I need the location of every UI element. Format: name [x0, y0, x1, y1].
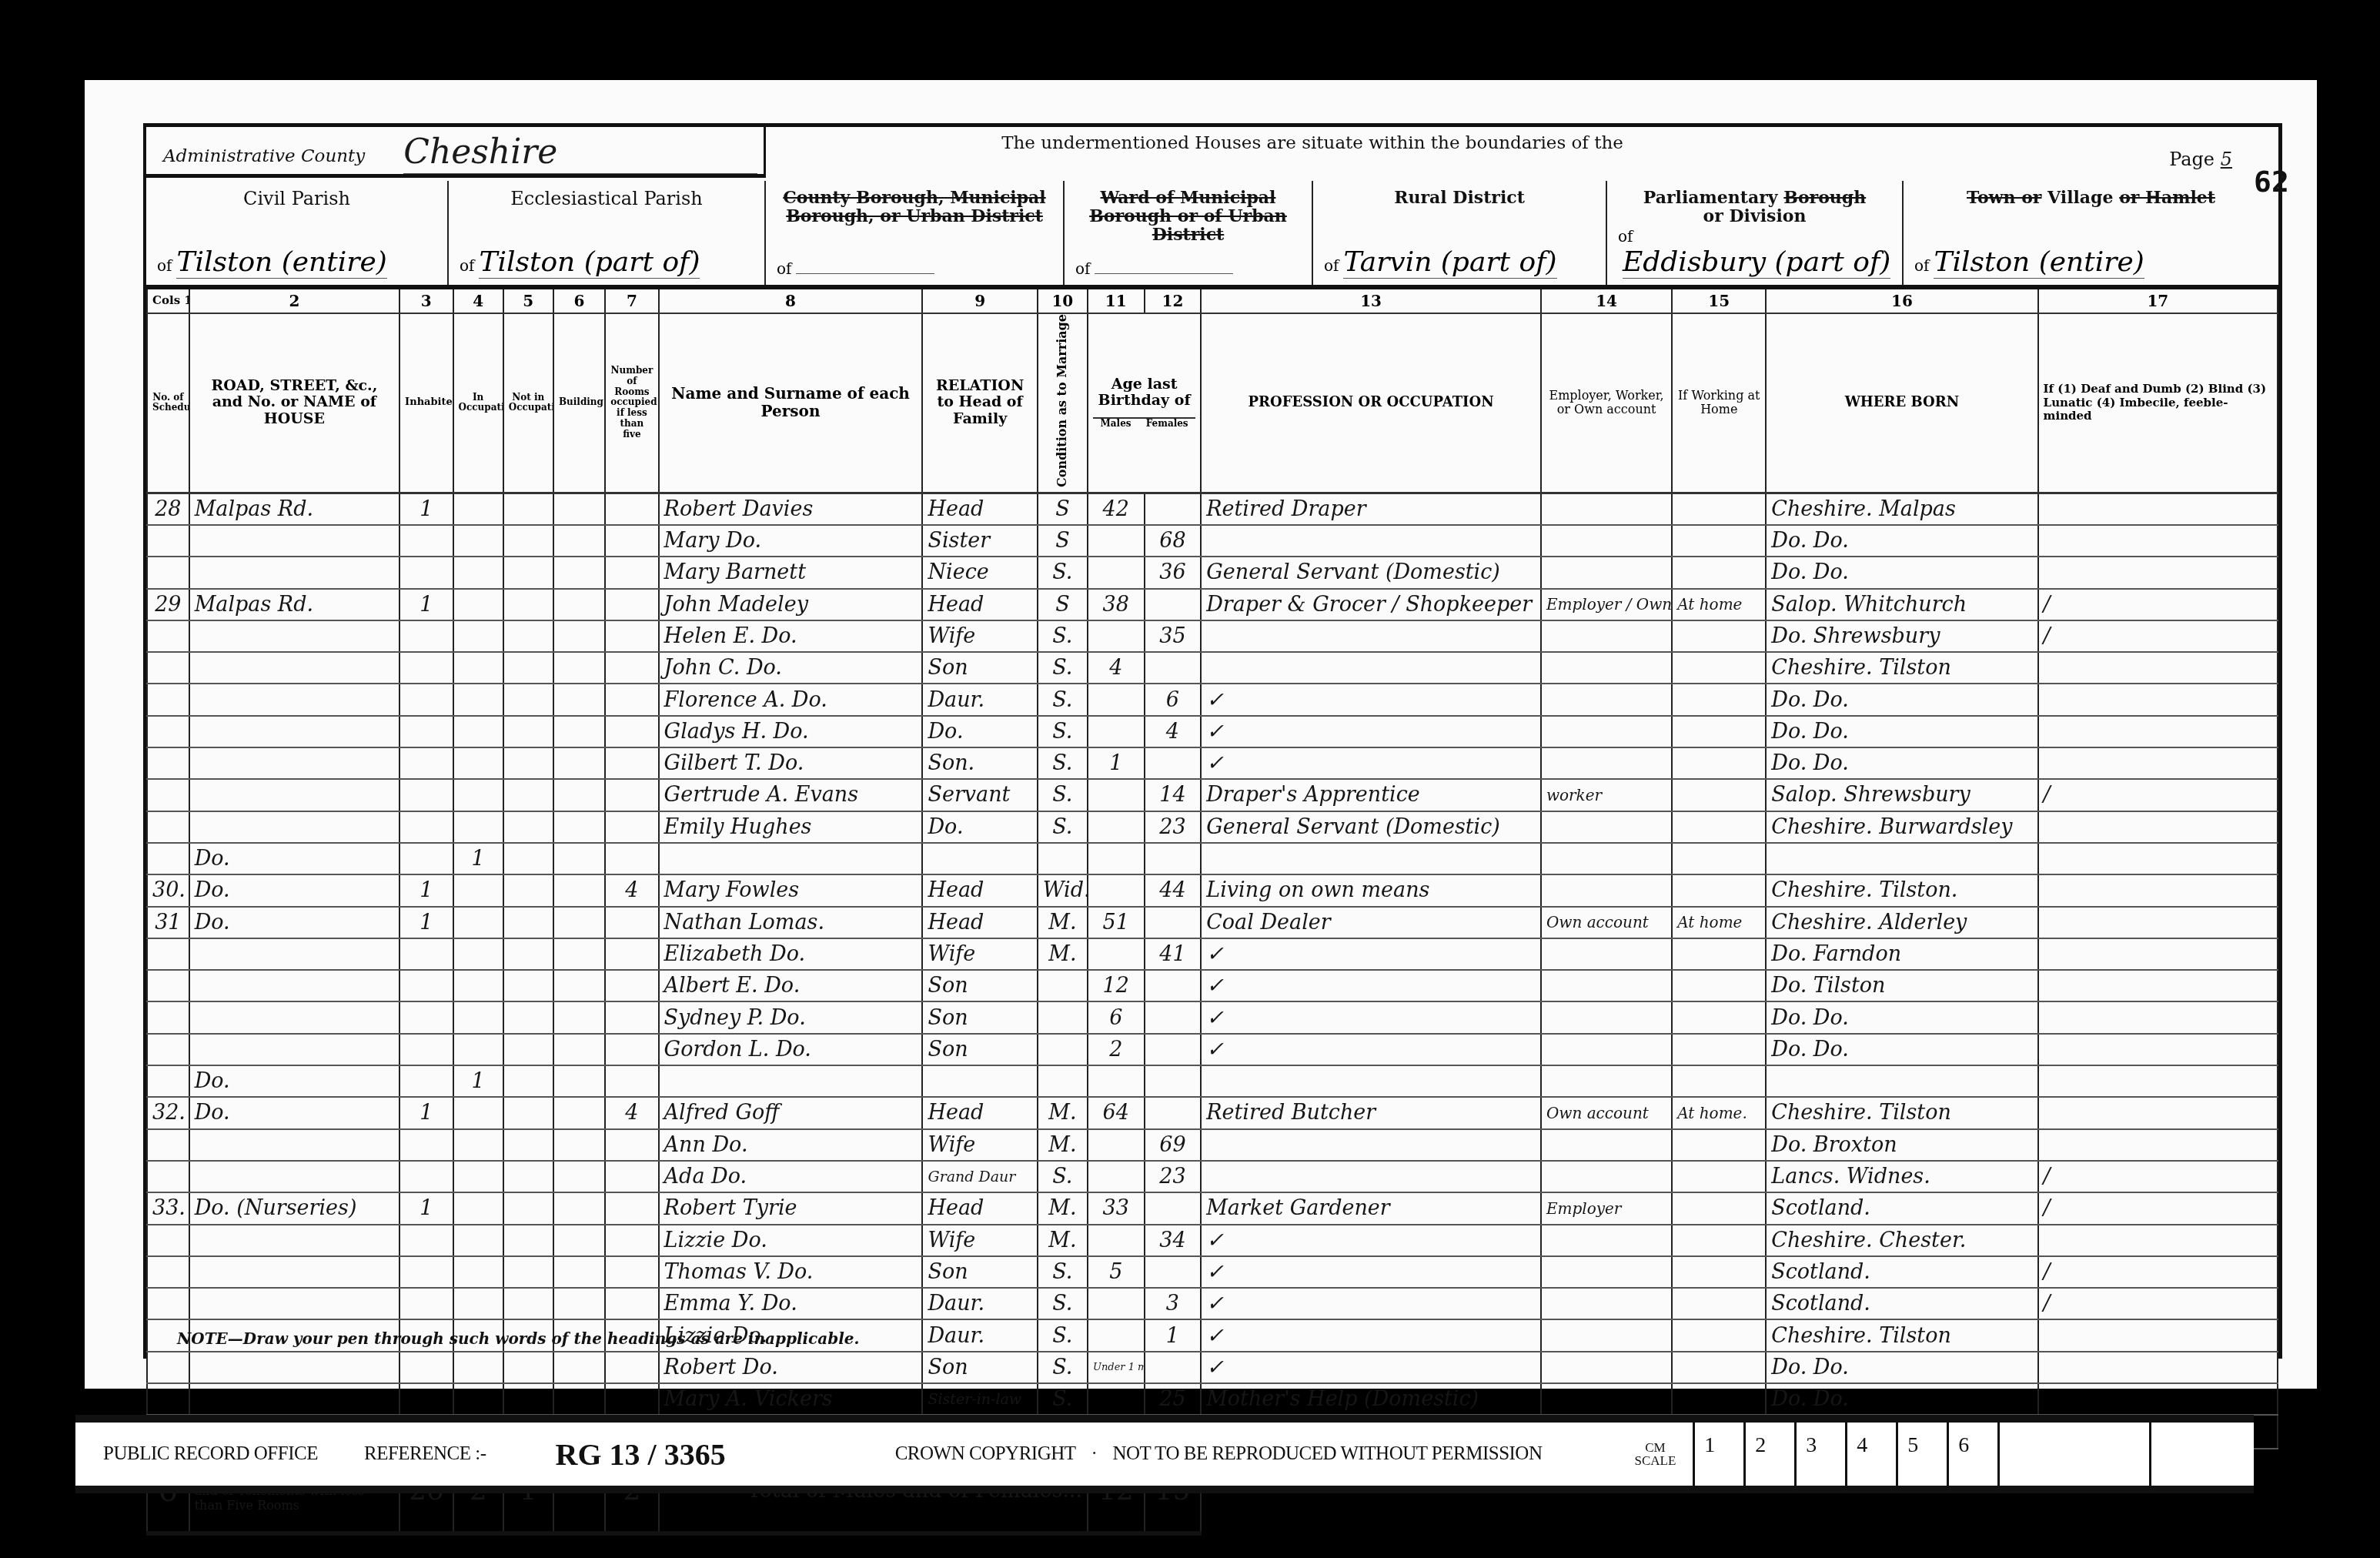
uninhabited-not-in-occupation	[503, 589, 553, 620]
uninhabited-not-in-occupation	[503, 843, 553, 874]
road-address: Do.	[189, 907, 399, 938]
employment-status	[1541, 525, 1672, 557]
footer-office: PUBLIC RECORD OFFICE	[103, 1443, 318, 1465]
uninhabited-not-in-occupation	[503, 1129, 553, 1161]
infirmity	[2038, 970, 2278, 1001]
age-male	[1088, 525, 1145, 557]
occupation: ✓	[1201, 1288, 1541, 1319]
birthplace: Do. Do.	[1766, 525, 2037, 557]
schedule-number: 28	[147, 493, 189, 525]
col-number: 11	[1088, 289, 1145, 313]
occupation: ✓	[1201, 684, 1541, 715]
schedule-number	[147, 1001, 189, 1033]
birthplace: Do. Farndon	[1766, 938, 2037, 970]
form-note: NOTE—Draw your pen through such words of…	[177, 1329, 860, 1348]
uninhabited-in-occupation	[453, 589, 503, 620]
marital-condition: S	[1038, 525, 1088, 557]
occupation	[1201, 1129, 1541, 1161]
header-rooms: Number of Rooms occupied if less than fi…	[605, 313, 658, 493]
infirmity	[2038, 684, 2278, 715]
area-ecclesiastical-parish: Ecclesiastical Parish ofTilston (part of…	[449, 181, 766, 285]
employment-status: Employer / Own account	[1541, 589, 1672, 620]
census-table: Cols 1 2 3 4 5 6 7 8 9 10 11 12 13 14 15…	[146, 289, 2278, 1536]
road-address	[189, 557, 399, 588]
birthplace: Do. Do.	[1766, 716, 2037, 747]
age-male	[1088, 1161, 1145, 1192]
birthplace: Scotland.	[1766, 1288, 2037, 1319]
header-occupation: PROFESSION OR OCCUPATION	[1201, 313, 1541, 493]
occupation: ✓	[1201, 1034, 1541, 1065]
birthplace: Do. Do.	[1766, 747, 2037, 779]
header-age: Age last Birthday of Males Females	[1088, 313, 1201, 493]
rooms-count	[605, 1129, 658, 1161]
column-numbers-row: Cols 1 2 3 4 5 6 7 8 9 10 11 12 13 14 15…	[147, 289, 2278, 313]
header-males: Males	[1101, 419, 1132, 430]
schedule-number	[147, 652, 189, 684]
employment-status	[1541, 493, 1672, 525]
archive-footer: PUBLIC RECORD OFFICE REFERENCE :- RG 13 …	[75, 1415, 2254, 1493]
occupation: Mother's Help (Domestic)	[1201, 1383, 1541, 1415]
age-female: 1	[1145, 1319, 1202, 1351]
col-number: 6	[553, 289, 605, 313]
relation-to-head: Wife	[922, 1129, 1037, 1161]
person-name: Elizabeth Do.	[659, 938, 923, 970]
employment-status	[1541, 1352, 1672, 1383]
houses-building	[553, 907, 605, 938]
uninhabited-not-in-occupation	[503, 779, 553, 811]
table-row: 29Malpas Rd.1John MadeleyHeadS38Draper &…	[147, 589, 2278, 620]
working-at-home	[1672, 652, 1766, 684]
table-row: Lizzie Do.WifeM.34✓Cheshire. Chester.	[147, 1225, 2278, 1256]
employment-status	[1541, 811, 1672, 843]
houses-inhabited	[399, 1352, 453, 1383]
age-female: 36	[1145, 557, 1202, 588]
age-female: 35	[1145, 620, 1202, 652]
age-female	[1145, 1097, 1202, 1128]
houses-inhabited	[399, 938, 453, 970]
scale-mark: 1	[1693, 1423, 1743, 1486]
relation-to-head: Head	[922, 874, 1037, 906]
page-label: Page	[2169, 149, 2215, 170]
birthplace: Do. Do.	[1766, 1001, 2037, 1033]
marital-condition: S.	[1038, 1383, 1088, 1415]
employment-status	[1541, 1256, 1672, 1288]
table-row: 30.Do.14Mary FowlesHeadWid.44Living on o…	[147, 874, 2278, 906]
houses-building	[553, 747, 605, 779]
houses-inhabited	[399, 684, 453, 715]
houses-building	[553, 684, 605, 715]
employment-status	[1541, 843, 1672, 874]
scale-label-scale: SCALE	[1634, 1454, 1676, 1467]
road-address	[189, 525, 399, 557]
age-female: 44	[1145, 874, 1202, 906]
person-name: Mary A. Vickers	[659, 1383, 923, 1415]
birthplace: Cheshire. Alderley	[1766, 907, 2037, 938]
infirmity	[2038, 1065, 2278, 1097]
uninhabited-in-occupation	[453, 493, 503, 525]
header-relation: RELATION to Head of Family	[922, 313, 1037, 493]
header-road: ROAD, STREET, &c., and No. or NAME of HO…	[189, 313, 399, 493]
houses-inhabited	[399, 811, 453, 843]
age-female	[1145, 843, 1202, 874]
houses-inhabited: 1	[399, 1192, 453, 1224]
infirmity	[2038, 557, 2278, 588]
schedule-number	[147, 779, 189, 811]
col-number: 5	[503, 289, 553, 313]
birthplace: Do. Shrewsbury	[1766, 620, 2037, 652]
table-row: Gertrude A. EvansServantS.14Draper's App…	[147, 779, 2278, 811]
occupation: Market Gardener	[1201, 1192, 1541, 1224]
uninhabited-in-occupation	[453, 557, 503, 588]
marital-condition: S.	[1038, 747, 1088, 779]
infirmity: /	[2038, 779, 2278, 811]
person-name: John C. Do.	[659, 652, 923, 684]
occupation: Retired Draper	[1201, 493, 1541, 525]
uninhabited-not-in-occupation	[503, 938, 553, 970]
age-male	[1088, 1383, 1145, 1415]
intro-sentence: The undermentioned Houses are situate wi…	[1001, 133, 1623, 153]
employment-status: Employer	[1541, 1192, 1672, 1224]
cm-scale: 1 2 3 4 5 6	[1693, 1423, 2151, 1486]
schedule-number: 33.	[147, 1192, 189, 1224]
relation-to-head: Son	[922, 970, 1037, 1001]
relation-to-head: Head	[922, 907, 1037, 938]
birthplace: Cheshire. Tilston	[1766, 1319, 2037, 1351]
birthplace: Cheshire. Tilston	[1766, 652, 2037, 684]
schedule-number	[147, 1288, 189, 1319]
employment-status: Own account	[1541, 907, 1672, 938]
road-address	[189, 1352, 399, 1383]
age-female	[1145, 1256, 1202, 1288]
birthplace: Cheshire. Tilston.	[1766, 874, 2037, 906]
employment-status	[1541, 620, 1672, 652]
occupation: Draper & Grocer / Shopkeeper	[1201, 589, 1541, 620]
infirmity: /	[2038, 1161, 2278, 1192]
uninhabited-not-in-occupation	[503, 716, 553, 747]
rooms-count	[605, 620, 658, 652]
age-female: 69	[1145, 1129, 1202, 1161]
person-name: Thomas V. Do.	[659, 1256, 923, 1288]
age-female: 14	[1145, 779, 1202, 811]
road-address: Do.	[189, 1097, 399, 1128]
employment-status	[1541, 1065, 1672, 1097]
marital-condition	[1038, 1034, 1088, 1065]
marital-condition: S.	[1038, 1288, 1088, 1319]
age-female	[1145, 1192, 1202, 1224]
table-row: 31Do.1Nathan Lomas.HeadM.51Coal DealerOw…	[147, 907, 2278, 938]
birthplace: Salop. Shrewsbury	[1766, 779, 2037, 811]
road-address	[189, 811, 399, 843]
rooms-count	[605, 970, 658, 1001]
houses-building	[553, 1129, 605, 1161]
area-county-borough: County Borough, Municipal Borough, or Ur…	[766, 181, 1065, 285]
working-at-home	[1672, 493, 1766, 525]
houses-building	[553, 1288, 605, 1319]
houses-inhabited	[399, 1383, 453, 1415]
occupation: ✓	[1201, 716, 1541, 747]
area-value	[1095, 273, 1233, 274]
area-label: Ecclesiastical Parish	[449, 189, 764, 209]
uninhabited-in-occupation	[453, 811, 503, 843]
working-at-home	[1672, 1161, 1766, 1192]
marital-condition: S.	[1038, 811, 1088, 843]
age-female	[1145, 1065, 1202, 1097]
person-name: Emily Hughes	[659, 811, 923, 843]
marital-condition: S	[1038, 493, 1088, 525]
age-female: 23	[1145, 1161, 1202, 1192]
col-number: 2	[189, 289, 399, 313]
occupation: ✓	[1201, 1352, 1541, 1383]
working-at-home	[1672, 1288, 1766, 1319]
uninhabited-not-in-occupation	[503, 970, 553, 1001]
infirmity	[2038, 811, 2278, 843]
header-in-occupation: In Occupation.	[453, 313, 503, 493]
col-number: 8	[659, 289, 923, 313]
road-address	[189, 1161, 399, 1192]
person-name: Robert Davies	[659, 493, 923, 525]
working-at-home: At home.	[1672, 1097, 1766, 1128]
uninhabited-not-in-occupation	[503, 557, 553, 588]
houses-inhabited	[399, 1225, 453, 1256]
houses-building	[553, 620, 605, 652]
boundary-areas: Civil Parish ofTilston (entire) Ecclesia…	[146, 181, 2278, 289]
houses-building	[553, 557, 605, 588]
road-address: Malpas Rd.	[189, 589, 399, 620]
marital-condition	[1038, 1001, 1088, 1033]
relation-to-head: Do.	[922, 716, 1037, 747]
age-male: 6	[1088, 1001, 1145, 1033]
employment-status	[1541, 652, 1672, 684]
rooms-count	[605, 1065, 658, 1097]
working-at-home	[1672, 1352, 1766, 1383]
age-female	[1145, 907, 1202, 938]
occupation: Retired Butcher	[1201, 1097, 1541, 1128]
uninhabited-not-in-occupation	[503, 747, 553, 779]
birthplace: Salop. Whitchurch	[1766, 589, 2037, 620]
infirmity	[2038, 1034, 2278, 1065]
person-name: Sydney P. Do.	[659, 1001, 923, 1033]
age-male: 5	[1088, 1256, 1145, 1288]
area-label: County Borough, Municipal Borough, or Ur…	[766, 189, 1063, 226]
marital-condition: S.	[1038, 684, 1088, 715]
scale-blank	[1997, 1423, 2151, 1486]
occupation: General Servant (Domestic)	[1201, 811, 1541, 843]
houses-building	[553, 874, 605, 906]
marital-condition: M.	[1038, 1129, 1088, 1161]
schedule-number: 32.	[147, 1097, 189, 1128]
area-of: of	[1618, 227, 1633, 246]
relation-to-head: Son	[922, 1034, 1037, 1065]
road-address: Malpas Rd.	[189, 493, 399, 525]
employment-status	[1541, 557, 1672, 588]
age-male	[1088, 620, 1145, 652]
footer-reference-label: REFERENCE :-	[364, 1443, 486, 1465]
area-value: Eddisbury (part of)	[1623, 246, 1890, 279]
road-address	[189, 1288, 399, 1319]
working-at-home: At home	[1672, 589, 1766, 620]
road-address	[189, 652, 399, 684]
rooms-count	[605, 525, 658, 557]
footer-reference: RG 13 / 3365	[556, 1436, 726, 1473]
area-of: of	[777, 259, 791, 278]
houses-inhabited: 1	[399, 1097, 453, 1128]
table-row: Emma Y. Do.Daur.S.3✓Scotland./	[147, 1288, 2278, 1319]
employment-status	[1541, 938, 1672, 970]
relation-to-head: Head	[922, 493, 1037, 525]
relation-to-head: Sister-in-law	[922, 1383, 1037, 1415]
birthplace	[1766, 1065, 2037, 1097]
header-condition: Condition as to Marriage	[1055, 314, 1069, 487]
uninhabited-not-in-occupation	[503, 1001, 553, 1033]
relation-to-head	[922, 843, 1037, 874]
schedule-number	[147, 557, 189, 588]
person-name: Mary Do.	[659, 525, 923, 557]
area-label: Town or Village or Hamlet	[1904, 189, 2278, 207]
marital-condition: S.	[1038, 1319, 1088, 1351]
schedule-number: 31	[147, 907, 189, 938]
uninhabited-in-occupation	[453, 1129, 503, 1161]
schedule-number	[147, 1225, 189, 1256]
uninhabited-not-in-occupation	[503, 1065, 553, 1097]
road-address	[189, 1001, 399, 1033]
houses-inhabited	[399, 970, 453, 1001]
employment-status	[1541, 747, 1672, 779]
road-address	[189, 938, 399, 970]
uninhabited-not-in-occupation	[503, 493, 553, 525]
header-schedule: No. of Schedule	[147, 313, 189, 493]
header-birthplace: WHERE BORN	[1766, 313, 2037, 493]
rooms-count	[605, 1352, 658, 1383]
uninhabited-not-in-occupation	[503, 525, 553, 557]
working-at-home	[1672, 1225, 1766, 1256]
road-address	[189, 1256, 399, 1288]
area-value: Tarvin (part of)	[1343, 246, 1556, 279]
employment-status	[1541, 684, 1672, 715]
houses-inhabited: 1	[399, 874, 453, 906]
houses-inhabited	[399, 716, 453, 747]
age-male: 38	[1088, 589, 1145, 620]
birthplace: Do. Broxton	[1766, 1129, 2037, 1161]
age-male: 33	[1088, 1192, 1145, 1224]
birthplace: Do. Do.	[1766, 1034, 2037, 1065]
age-male	[1088, 1065, 1145, 1097]
houses-building	[553, 1225, 605, 1256]
uninhabited-in-occupation	[453, 1192, 503, 1224]
marital-condition: S.	[1038, 1352, 1088, 1383]
area-label: Ward of Municipal Borough or of Urban Di…	[1065, 189, 1312, 245]
area-parliamentary-division: Parliamentary Borough or Division ofEddi…	[1607, 181, 1904, 285]
road-address	[189, 1034, 399, 1065]
infirmity	[2038, 1097, 2278, 1128]
infirmity	[2038, 874, 2278, 906]
uninhabited-in-occupation	[453, 1034, 503, 1065]
table-row: Albert E. Do.Son12✓Do. Tilston	[147, 970, 2278, 1001]
col-number: 15	[1672, 289, 1766, 313]
rooms-count	[605, 493, 658, 525]
age-male: 12	[1088, 970, 1145, 1001]
infirmity	[2038, 1352, 2278, 1383]
infirmity	[2038, 525, 2278, 557]
area-label-plain: Village	[2047, 188, 2113, 208]
person-name: Albert E. Do.	[659, 970, 923, 1001]
age-male: 4	[1088, 652, 1145, 684]
age-male: 1	[1088, 747, 1145, 779]
relation-to-head: Daur.	[922, 1319, 1037, 1351]
houses-building	[553, 525, 605, 557]
rooms-count	[605, 1225, 658, 1256]
schedule-number	[147, 1352, 189, 1383]
marital-condition: S.	[1038, 652, 1088, 684]
person-name: John Madeley	[659, 589, 923, 620]
person-name: Nathan Lomas.	[659, 907, 923, 938]
occupation	[1201, 1065, 1541, 1097]
schedule-number	[147, 811, 189, 843]
header-name: Name and Surname of each Person	[659, 313, 923, 493]
table-row: 33.Do. (Nurseries)1Robert TyrieHeadM.33M…	[147, 1192, 2278, 1224]
working-at-home	[1672, 874, 1766, 906]
age-male	[1088, 1129, 1145, 1161]
houses-inhabited: 1	[399, 907, 453, 938]
age-female: 23	[1145, 811, 1202, 843]
houses-building	[553, 843, 605, 874]
scale-mark: 2	[1743, 1423, 1794, 1486]
cm-scale-label: CM SCALE	[1634, 1441, 1676, 1467]
working-at-home	[1672, 684, 1766, 715]
employment-status	[1541, 1129, 1672, 1161]
road-address: Do.	[189, 843, 399, 874]
schedule-number	[147, 747, 189, 779]
birthplace: Lancs. Widnes.	[1766, 1161, 2037, 1192]
working-at-home	[1672, 1383, 1766, 1415]
header-employment: Employer, Worker, or Own account	[1541, 313, 1672, 493]
age-male: Under 1 mo.	[1088, 1352, 1145, 1383]
uninhabited-in-occupation	[453, 907, 503, 938]
age-female	[1145, 1352, 1202, 1383]
col-number: 10	[1038, 289, 1088, 313]
age-female: 25	[1145, 1383, 1202, 1415]
uninhabited-in-occupation	[453, 1097, 503, 1128]
table-row: 28Malpas Rd.1Robert DaviesHeadS42Retired…	[147, 493, 2278, 525]
age-female	[1145, 1034, 1202, 1065]
schedule-number	[147, 1129, 189, 1161]
infirmity	[2038, 652, 2278, 684]
column-headings-row: No. of Schedule ROAD, STREET, &c., and N…	[147, 313, 2278, 493]
infirmity: /	[2038, 1256, 2278, 1288]
age-male	[1088, 811, 1145, 843]
relation-to-head: Son.	[922, 747, 1037, 779]
table-row: Ada Do.Grand DaurS.23Lancs. Widnes./	[147, 1161, 2278, 1192]
relation-to-head: Wife	[922, 938, 1037, 970]
employment-status	[1541, 1034, 1672, 1065]
houses-inhabited	[399, 620, 453, 652]
marital-condition: S	[1038, 589, 1088, 620]
working-at-home	[1672, 1001, 1766, 1033]
uninhabited-in-occupation	[453, 652, 503, 684]
houses-building	[553, 1383, 605, 1415]
header-infirmity: If (1) Deaf and Dumb (2) Blind (3) Lunat…	[2038, 313, 2278, 493]
rooms-count	[605, 684, 658, 715]
road-address	[189, 1383, 399, 1415]
road-address	[189, 684, 399, 715]
census-schedule-form: Administrative County Cheshire The under…	[143, 123, 2282, 1359]
working-at-home	[1672, 620, 1766, 652]
area-civil-parish: Civil Parish ofTilston (entire)	[146, 181, 449, 285]
person-name: Florence A. Do.	[659, 684, 923, 715]
age-female	[1145, 493, 1202, 525]
employment-status	[1541, 1225, 1672, 1256]
birthplace: Scotland.	[1766, 1192, 2037, 1224]
occupation: ✓	[1201, 747, 1541, 779]
